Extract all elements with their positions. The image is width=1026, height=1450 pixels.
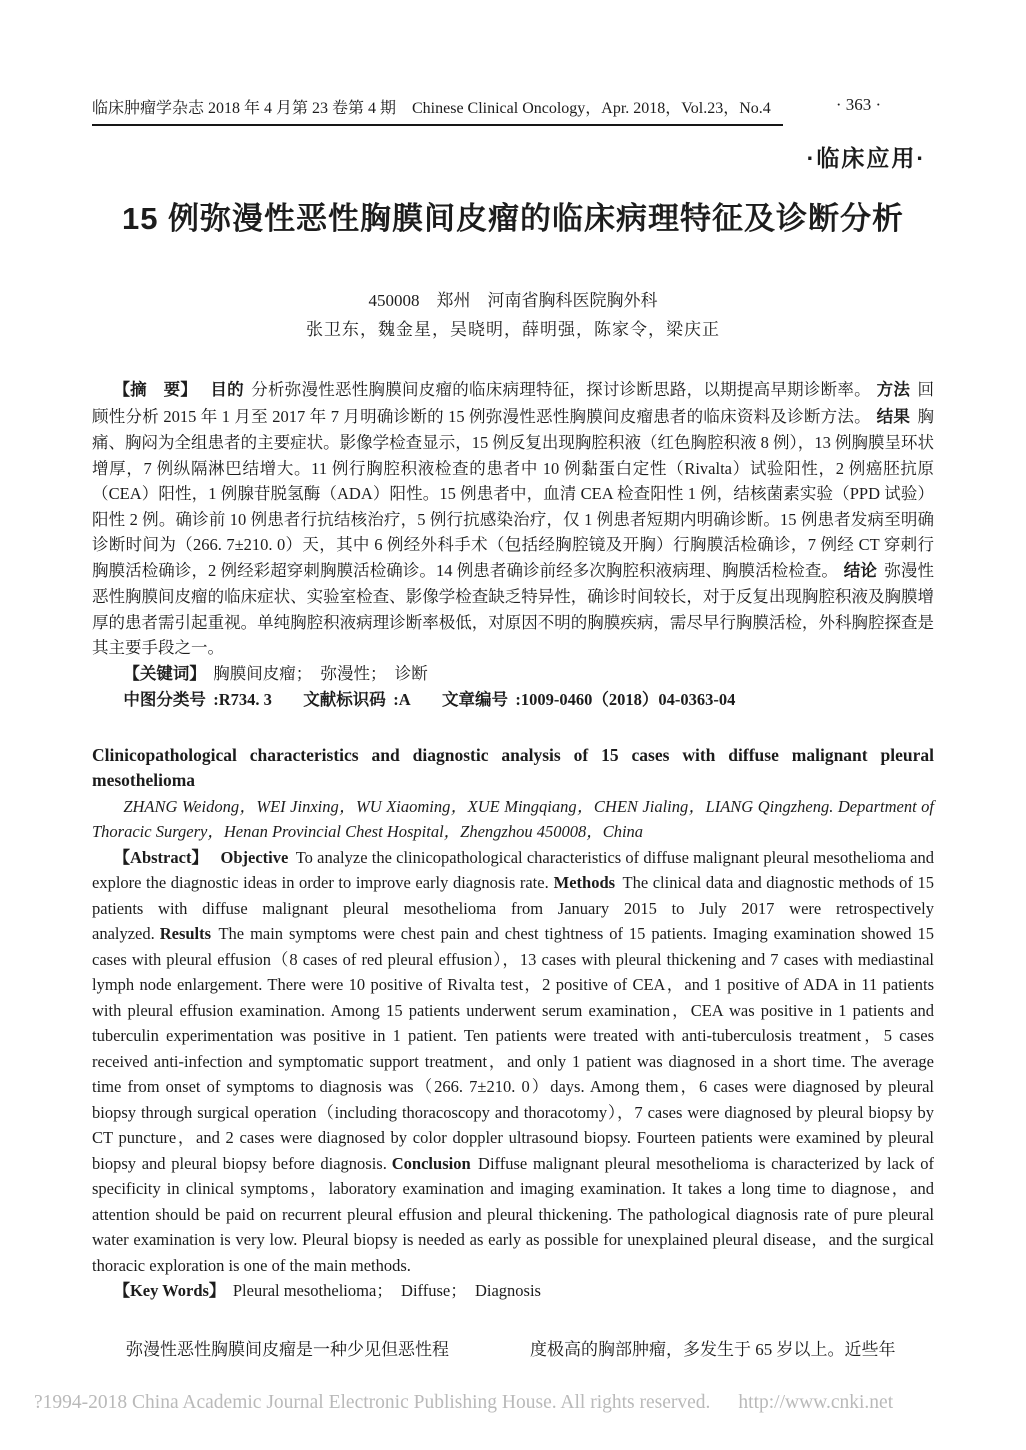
- clc-label: 中图分类号: [123, 691, 206, 709]
- authors-line-cn: 张卫东，魏金星，吴晓明，薛明强，陈家令，梁庆正: [0, 315, 1026, 340]
- keywords-text-en: Pleural mesothelioma； Diffuse； Diagnosis: [233, 1281, 541, 1300]
- conclusion-label-en: Conclusion: [392, 1154, 471, 1173]
- cnki-url: http://www.cnki.net: [738, 1392, 893, 1413]
- doc-code-label: 文献标识码: [303, 691, 386, 709]
- clc-value: :R734. 3: [213, 690, 272, 709]
- objective-label-en: Objective: [221, 848, 289, 867]
- classification-line: 中图分类号:R734. 3文献标识码:A文章编号:1009-0460（2018）…: [92, 687, 934, 714]
- abstract-label-en: 【Abstract】: [113, 848, 208, 867]
- main-content: 【摘 要】目的分析弥漫性恶性胸膜间皮瘤的临床病理特征，探讨诊断思路，以期提高早期…: [92, 377, 934, 1363]
- objective-text-cn: 分析弥漫性恶性胸膜间皮瘤的临床病理特征，探讨诊断思路，以期提高早期诊断率。: [251, 380, 871, 399]
- keywords-en: 【Key Words】Pleural mesothelioma； Diffuse…: [92, 1278, 934, 1304]
- results-label-cn: 结果: [877, 408, 910, 426]
- body-columns: 弥漫性恶性胸膜间皮瘤是一种少见但恶性程 度极高的胸部肿瘤，多发生于 65 岁以上…: [92, 1336, 934, 1363]
- conclusion-label-cn: 结论: [844, 562, 877, 580]
- keywords-label-en: 【Key Words】: [113, 1281, 225, 1300]
- copyright-text: ?1994-2018 China Academic Journal Electr…: [34, 1392, 710, 1413]
- journal-page: 临床肿瘤学杂志 2018 年 4 月第 23 卷第 4 期 Chinese Cl…: [0, 0, 1026, 1450]
- english-section: Clinicopathological characteristics and …: [92, 743, 934, 1304]
- section-label: ·临床应用·: [807, 140, 926, 173]
- authors-line-en: ZHANG Weidong，WEI Jinxing，WU Xiaoming，XU…: [92, 794, 934, 845]
- objective-label-cn: 目的: [210, 381, 244, 399]
- body-column-left: 弥漫性恶性胸膜间皮瘤是一种少见但恶性程: [92, 1336, 496, 1363]
- methods-label-cn: 方法: [877, 381, 911, 399]
- keywords-label-cn: 【关键词】: [123, 665, 206, 683]
- article-id-label: 文章编号: [442, 691, 508, 709]
- keywords-cn: 【关键词】胸膜间皮瘤； 弥漫性； 诊断: [92, 661, 934, 688]
- abstract-en: 【Abstract】ObjectiveTo analyze the clinic…: [92, 845, 934, 1279]
- keywords-text-cn: 胸膜间皮瘤； 弥漫性； 诊断: [213, 664, 428, 683]
- running-head: 临床肿瘤学杂志 2018 年 4 月第 23 卷第 4 期 Chinese Cl…: [92, 95, 934, 126]
- article-title-en: Clinicopathological characteristics and …: [92, 743, 934, 794]
- article-id-value: :1009-0460（2018）04-0363-04: [515, 690, 735, 709]
- cnki-footer: ?1994-2018 China Academic Journal Electr…: [34, 1392, 992, 1414]
- journal-citation-line: 临床肿瘤学杂志 2018 年 4 月第 23 卷第 4 期 Chinese Cl…: [92, 95, 783, 126]
- page-number: · 363 ·: [783, 95, 934, 115]
- doc-code-value: :A: [393, 690, 410, 709]
- affiliation-line: 450008 郑州 河南省胸科医院胸外科: [0, 286, 1026, 311]
- results-label-en: Results: [160, 924, 211, 943]
- results-text-cn: 胸痛、胸闷为全组患者的主要症状。影像学检查显示，15 例反复出现胸腔积液（红色胸…: [92, 407, 934, 580]
- abstract-cn: 【摘 要】目的分析弥漫性恶性胸膜间皮瘤的临床病理特征，探讨诊断思路，以期提高早期…: [92, 377, 934, 661]
- results-text-en: The main symptoms were chest pain and ch…: [92, 924, 934, 1173]
- body-column-right: 度极高的胸部肿瘤，多发生于 65 岁以上。近些年: [530, 1336, 934, 1363]
- abstract-label-cn: 【摘 要】: [113, 381, 197, 399]
- article-title: 15 例弥漫性恶性胸膜间皮瘤的临床病理特征及诊断分析: [0, 193, 1026, 238]
- methods-label-en: Methods: [554, 873, 615, 892]
